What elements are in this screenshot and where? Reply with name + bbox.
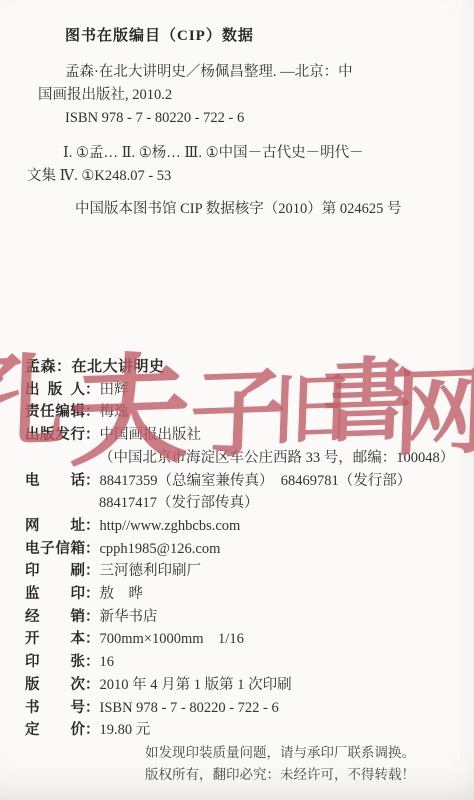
field-value: ISBN 978 - 7 - 80220 - 722 - 6: [100, 700, 279, 716]
label-colon: ：: [85, 700, 100, 716]
notice-line: 如发现印装质量问题，请与承印厂联系调换。: [145, 742, 474, 764]
cip-section: 图书在版编目（CIP）数据 孟森·在北大讲明史／杨佩昌整理. —北京：中 国画报…: [25, 25, 474, 221]
field-value: 敖 晔: [100, 586, 144, 602]
field-value-continued: 88417417（发行部传真）: [99, 492, 474, 515]
colophon-row: 书号：ISBN 978 - 7 - 80220 - 722 - 6: [25, 697, 474, 720]
field-label: 经销: [25, 606, 85, 629]
field-value: 三河德利印刷厂: [100, 563, 202, 579]
colophon-row: 电话：88417359（总编室兼传真） 68469781（发行部）: [25, 470, 474, 493]
colophon-row: 出版发行：中国画报出版社: [25, 424, 474, 447]
field-label: 印刷: [25, 560, 85, 583]
field-value: cpph1985@126.com: [100, 541, 221, 557]
field-value: 田辉: [100, 382, 129, 398]
field-label: 印张: [25, 651, 85, 674]
cip-title-line: 孟森·在北大讲明史／杨佩昌整理. —北京：中: [65, 61, 474, 84]
field-label: 版次: [25, 674, 85, 697]
field-value: 梅逸: [100, 404, 129, 420]
field-value: 19.80 元: [100, 722, 151, 738]
field-label: 定价: [25, 719, 85, 742]
label-colon: ：: [85, 609, 100, 625]
colophon-row: 出版人：田辉: [25, 379, 474, 402]
field-value: 新华书店: [100, 609, 158, 625]
colophon-row: 定价：19.80 元: [25, 719, 474, 742]
field-label: 出版发行: [25, 424, 85, 447]
cip-header: 图书在版编目（CIP）数据: [65, 25, 474, 48]
colophon-row: 网址：http//www.zghbcbs.com: [25, 515, 474, 538]
label-colon: ：: [85, 654, 100, 670]
label-colon: ：: [85, 404, 100, 420]
colophon-row: 版次：2010 年 4 月第 1 版第 1 次印刷: [25, 674, 474, 697]
colophon-row: 印张：16: [25, 651, 474, 674]
colophon-row: 开本：700mm×1000mm 1/16: [25, 628, 474, 651]
book-title: 孟森：在北大讲明史: [25, 356, 474, 379]
field-label: 网址: [25, 515, 85, 538]
field-value: 中国画报出版社: [100, 427, 202, 443]
colophon-row: 印刷：三河德利印刷厂: [25, 560, 474, 583]
label-colon: ：: [85, 563, 100, 579]
field-label: 书号: [25, 697, 85, 720]
field-label: 电话: [25, 470, 85, 493]
field-label: 出版人: [25, 379, 85, 402]
colophon-rows: 出版人：田辉责任编辑：梅逸出版发行：中国画报出版社（中国北京市海淀区车公庄西路 …: [25, 379, 474, 742]
label-colon: ：: [85, 541, 100, 557]
field-label: 监印: [25, 583, 85, 606]
book-copyright-page: 图书在版编目（CIP）数据 孟森·在北大讲明史／杨佩昌整理. —北京：中 国画报…: [0, 0, 474, 800]
colophon-row: 责任编辑：梅逸: [25, 401, 474, 424]
label-colon: ：: [85, 722, 100, 738]
label-colon: ：: [85, 427, 100, 443]
colophon-row: 监印：敖 晔: [25, 583, 474, 606]
label-colon: ：: [85, 586, 100, 602]
page-content: 图书在版编目（CIP）数据 孟森·在北大讲明史／杨佩昌整理. —北京：中 国画报…: [0, 0, 474, 786]
cip-publisher-line: 国画报出版社, 2010.2: [38, 84, 474, 107]
colophon-row: 电子信箱：cpph1985@126.com: [25, 538, 474, 561]
colophon-row: 经销：新华书店: [25, 606, 474, 629]
cip-classification-line1: Ⅰ. ①孟… Ⅱ. ①杨… Ⅲ. ①中国－古代史－明代－: [63, 142, 474, 165]
label-colon: ：: [85, 473, 100, 489]
colophon-section: 孟森：在北大讲明史 出版人：田辉责任编辑：梅逸出版发行：中国画报出版社（中国北京…: [25, 356, 474, 786]
cip-isbn: ISBN 978 - 7 - 80220 - 722 - 6: [65, 107, 474, 130]
field-value: http//www.zghbcbs.com: [100, 518, 241, 534]
label-colon: ：: [85, 518, 100, 534]
field-label: 责任编辑: [25, 401, 85, 424]
field-value: 88417359（总编室兼传真） 68469781（发行部）: [100, 473, 412, 489]
field-value: 700mm×1000mm 1/16: [100, 631, 244, 647]
notice-line: 版权所有，翻印必究：未经许可，不得转载！: [145, 764, 474, 786]
label-colon: ：: [85, 631, 100, 647]
field-value: 2010 年 4 月第 1 版第 1 次印刷: [100, 677, 292, 693]
field-value: 16: [100, 654, 115, 670]
label-colon: ：: [85, 677, 100, 693]
field-label: 电子信箱: [25, 538, 85, 561]
field-value-continued: （中国北京市海淀区车公庄西路 33 号，邮编：100048）: [99, 447, 474, 470]
notice-lines: 如发现印装质量问题，请与承印厂联系调换。版权所有，翻印必究：未经许可，不得转载！: [145, 742, 474, 786]
cip-record-number: 中国版本图书馆 CIP 数据核字（2010）第 024625 号: [75, 198, 474, 221]
field-label: 开本: [25, 628, 85, 651]
label-colon: ：: [85, 382, 100, 398]
cip-classification-line2: 文集 Ⅳ. ①K248.07 - 53: [27, 165, 474, 188]
